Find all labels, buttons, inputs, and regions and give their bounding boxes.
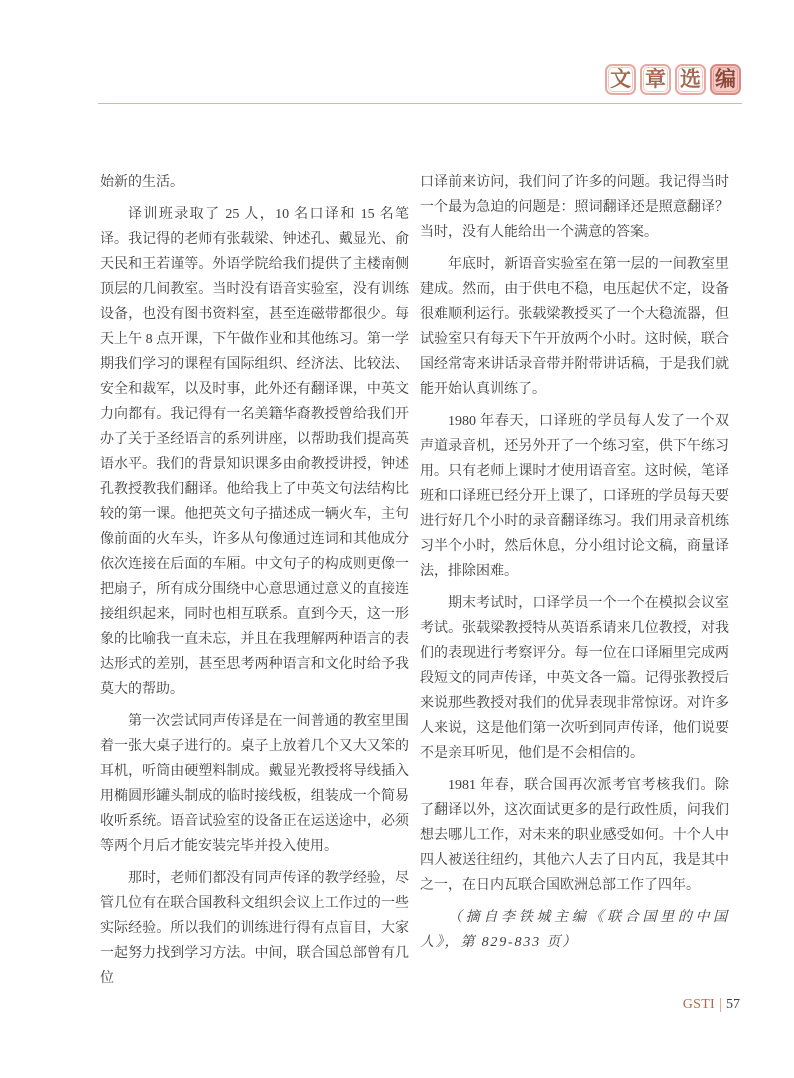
footer-separator: [720, 998, 721, 1012]
paragraph: 那时，老师们都没有同声传译的教学经验，尽管几位有在联合国教科文组织会议上工作过的…: [100, 866, 409, 991]
header-divider-line: [98, 103, 742, 104]
stamp-char-4: 编: [710, 64, 741, 95]
paragraph-continuation: 始新的生活。: [100, 170, 409, 195]
paragraph: 1981 年春，联合国再次派考官考核我们。除了翻译以外，这次面试更多的是行政性质…: [420, 773, 729, 898]
article-body: 始新的生活。 译训班录取了 25 人，10 名口译和 15 名笔译。我记得的老师…: [100, 170, 729, 998]
paragraph: 译训班录取了 25 人，10 名口译和 15 名笔译。我记得的老师有张载梁、钟述…: [100, 202, 409, 702]
source-citation: （摘自李铁城主编《联合国里的中国人》，第 829-833 页）: [420, 905, 729, 955]
page-footer: GSTI 57: [683, 997, 740, 1013]
right-column: 口译前来访问，我们问了许多的问题。我记得当时一个最为急迫的问题是：照词翻译还是照…: [420, 170, 729, 998]
paragraph: 期末考试时，口译学员一个一个在模拟会议室考试。张载梁教授特从英语系请来几位教授，…: [420, 591, 729, 766]
stamp-char-3: 选: [675, 64, 706, 95]
journal-abbreviation: GSTI: [683, 997, 715, 1013]
document-page: 文 章 选 编 始新的生活。 译训班录取了 25 人，10 名口译和 15 名笔…: [0, 0, 794, 1078]
stamp-char-2: 章: [640, 64, 671, 95]
section-title-stamps: 文 章 选 编: [605, 64, 741, 95]
paragraph: 年底时，新语音实验室在第一层的一间教室里建成。然而，由于供电不稳，电压起伏不定，…: [420, 252, 729, 402]
left-column: 始新的生活。 译训班录取了 25 人，10 名口译和 15 名笔译。我记得的老师…: [100, 170, 409, 998]
paragraph: 第一次尝试同声传译是在一间普通的教室里围着一张大桌子进行的。桌子上放着几个又大又…: [100, 709, 409, 859]
paragraph: 1980 年春天，口译班的学员每人发了一个双声道录音机，还另外开了一个练习室，供…: [420, 409, 729, 584]
page-number: 57: [726, 997, 740, 1013]
stamp-char-1: 文: [605, 64, 636, 95]
paragraph-continuation: 口译前来访问，我们问了许多的问题。我记得当时一个最为急迫的问题是：照词翻译还是照…: [420, 170, 729, 245]
